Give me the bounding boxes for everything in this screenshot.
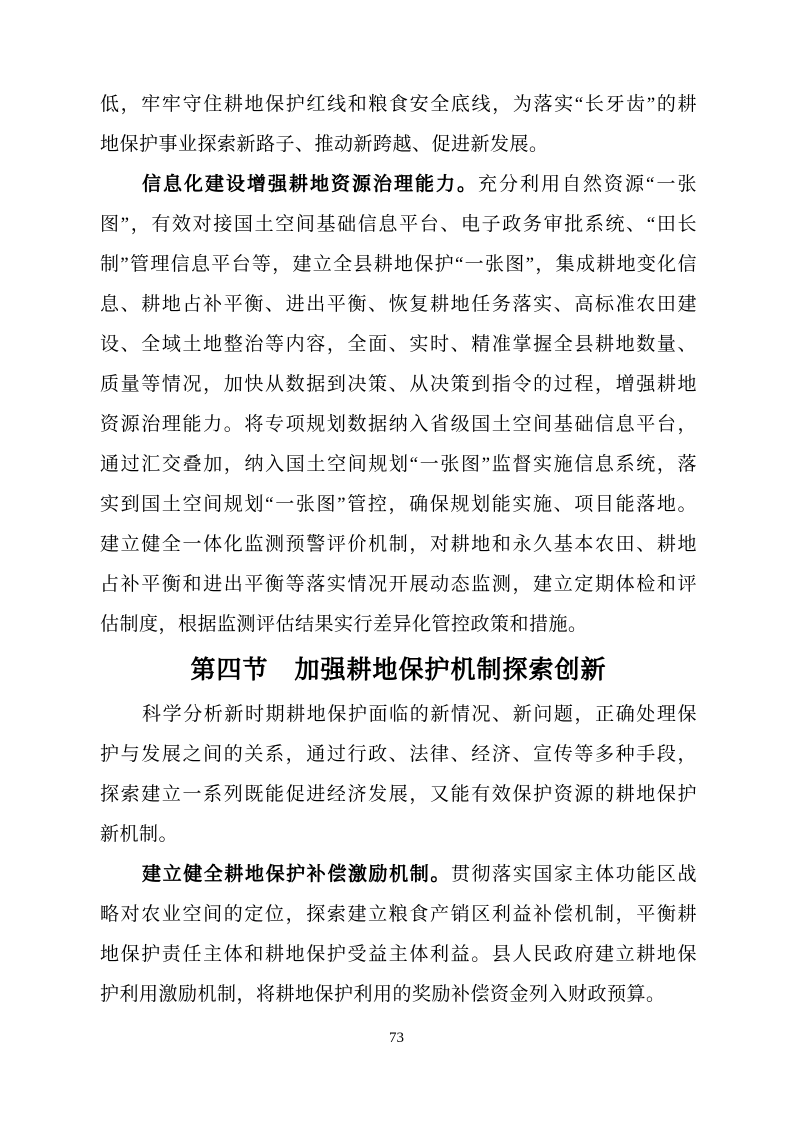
body-line: 略对农业空间的定位，探索建立粮食产销区利益补偿机制，平衡耕 [100,895,697,935]
text-run: 略对农业空间的定位，探索建立粮食产销区利益补偿机制，平衡耕 [100,904,697,925]
body-line: 图”，有效对接国土空间基础信息平台、电子政务审批系统、“田长 [100,205,697,245]
text-run: 贯彻落实国家主体功能区战 [451,864,697,885]
body-line: 实到国土空间规划“一张图”管控，确保规划能实施、项目能落地。 [100,485,697,525]
body-line: 估制度，根据监测评估结果实行差异化管控政策和措施。 [100,605,697,645]
body-line: 新机制。 [100,815,697,855]
text-run: 通过汇交叠加，纳入国土空间规划“一张图”监督实施信息系统，落 [100,454,697,475]
text-run: 设、全域土地整治等内容，全面、实时、精准掌握全县耕地数量、 [100,334,697,355]
text-run: 实到国土空间规划“一张图”管控，确保规划能实施、项目能落地。 [100,494,697,515]
body-line: 护与发展之间的关系，通过行政、法律、经济、宣传等多种手段， [100,735,697,775]
text-run: 探索建立一系列既能促进经济发展，又能有效保护资源的耕地保护 [100,784,697,805]
bold-text-run: 信息化建设增强耕地资源治理能力。 [142,174,478,195]
text-run: 科学分析新时期耕地保护面临的新情况、新问题，正确处理保 [142,704,697,725]
body-line: 护利用激励机制，将耕地保护利用的奖励补偿资金列入财政预算。 [100,975,697,1015]
body-line: 建立健全一体化监测预警评价机制，对耕地和永久基本农田、耕地 [100,525,697,565]
body-line: 信息化建设增强耕地资源治理能力。充分利用自然资源“一张 [100,165,697,205]
page-number: 73 [0,1030,793,1047]
body-line: 设、全域土地整治等内容，全面、实时、精准掌握全县耕地数量、 [100,325,697,365]
body-line: 质量等情况，加快从数据到决策、从决策到指令的过程，增强耕地 [100,365,697,405]
text-run: 息、耕地占补平衡、进出平衡、恢复耕地任务落实、高标准农田建 [100,294,697,315]
body-line: 探索建立一系列既能促进经济发展，又能有效保护资源的耕地保护 [100,775,697,815]
text-run: 地保护事业探索新路子、推动新跨越、促进新发展。 [100,134,549,155]
text-run: 资源治理能力。将专项规划数据纳入省级国土空间基础信息平台， [100,414,697,435]
body-line: 建立健全耕地保护补偿激励机制。贯彻落实国家主体功能区战 [100,855,697,895]
body-line: 息、耕地占补平衡、进出平衡、恢复耕地任务落实、高标准农田建 [100,285,697,325]
bold-text-run: 建立健全耕地保护补偿激励机制。 [142,864,451,885]
text-run: 地保护责任主体和耕地保护受益主体利益。县人民政府建立耕地保 [100,944,697,965]
section-heading: 第四节 加强耕地保护机制探索创新 [100,645,697,695]
body-line: 通过汇交叠加，纳入国土空间规划“一张图”监督实施信息系统，落 [100,445,697,485]
text-run: 低，牢牢守住耕地保护红线和粮食安全底线，为落实“长牙齿”的耕 [100,94,697,115]
body-line: 低，牢牢守住耕地保护红线和粮食安全底线，为落实“长牙齿”的耕 [100,85,697,125]
text-run: 充分利用自然资源“一张 [478,174,697,195]
text-run: 质量等情况，加快从数据到决策、从决策到指令的过程，增强耕地 [100,374,697,395]
body-line: 制”管理信息平台等，建立全县耕地保护“一张图”，集成耕地变化信 [100,245,697,285]
text-run: 图”，有效对接国土空间基础信息平台、电子政务审批系统、“田长 [100,214,697,235]
text-run: 占补平衡和进出平衡等落实情况开展动态监测，建立定期体检和评 [100,574,697,595]
body-line: 地保护事业探索新路子、推动新跨越、促进新发展。 [100,125,697,165]
body-line: 占补平衡和进出平衡等落实情况开展动态监测，建立定期体检和评 [100,565,697,605]
body-line: 资源治理能力。将专项规划数据纳入省级国土空间基础信息平台， [100,405,697,445]
text-run: 护利用激励机制，将耕地保护利用的奖励补偿资金列入财政预算。 [100,984,666,1005]
text-run: 建立健全一体化监测预警评价机制，对耕地和永久基本农田、耕地 [100,534,697,555]
text-run: 估制度，根据监测评估结果实行差异化管控政策和措施。 [100,614,588,635]
text-run: 新机制。 [100,824,178,845]
document-body: 低，牢牢守住耕地保护红线和粮食安全底线，为落实“长牙齿”的耕地保护事业探索新路子… [100,85,697,1015]
text-run: 护与发展之间的关系，通过行政、法律、经济、宣传等多种手段， [100,744,697,765]
text-run: 制”管理信息平台等，建立全县耕地保护“一张图”，集成耕地变化信 [100,254,697,275]
document-page: 低，牢牢守住耕地保护红线和粮食安全底线，为落实“长牙齿”的耕地保护事业探索新路子… [0,0,793,1122]
body-line: 地保护责任主体和耕地保护受益主体利益。县人民政府建立耕地保 [100,935,697,975]
body-line: 科学分析新时期耕地保护面临的新情况、新问题，正确处理保 [100,695,697,735]
